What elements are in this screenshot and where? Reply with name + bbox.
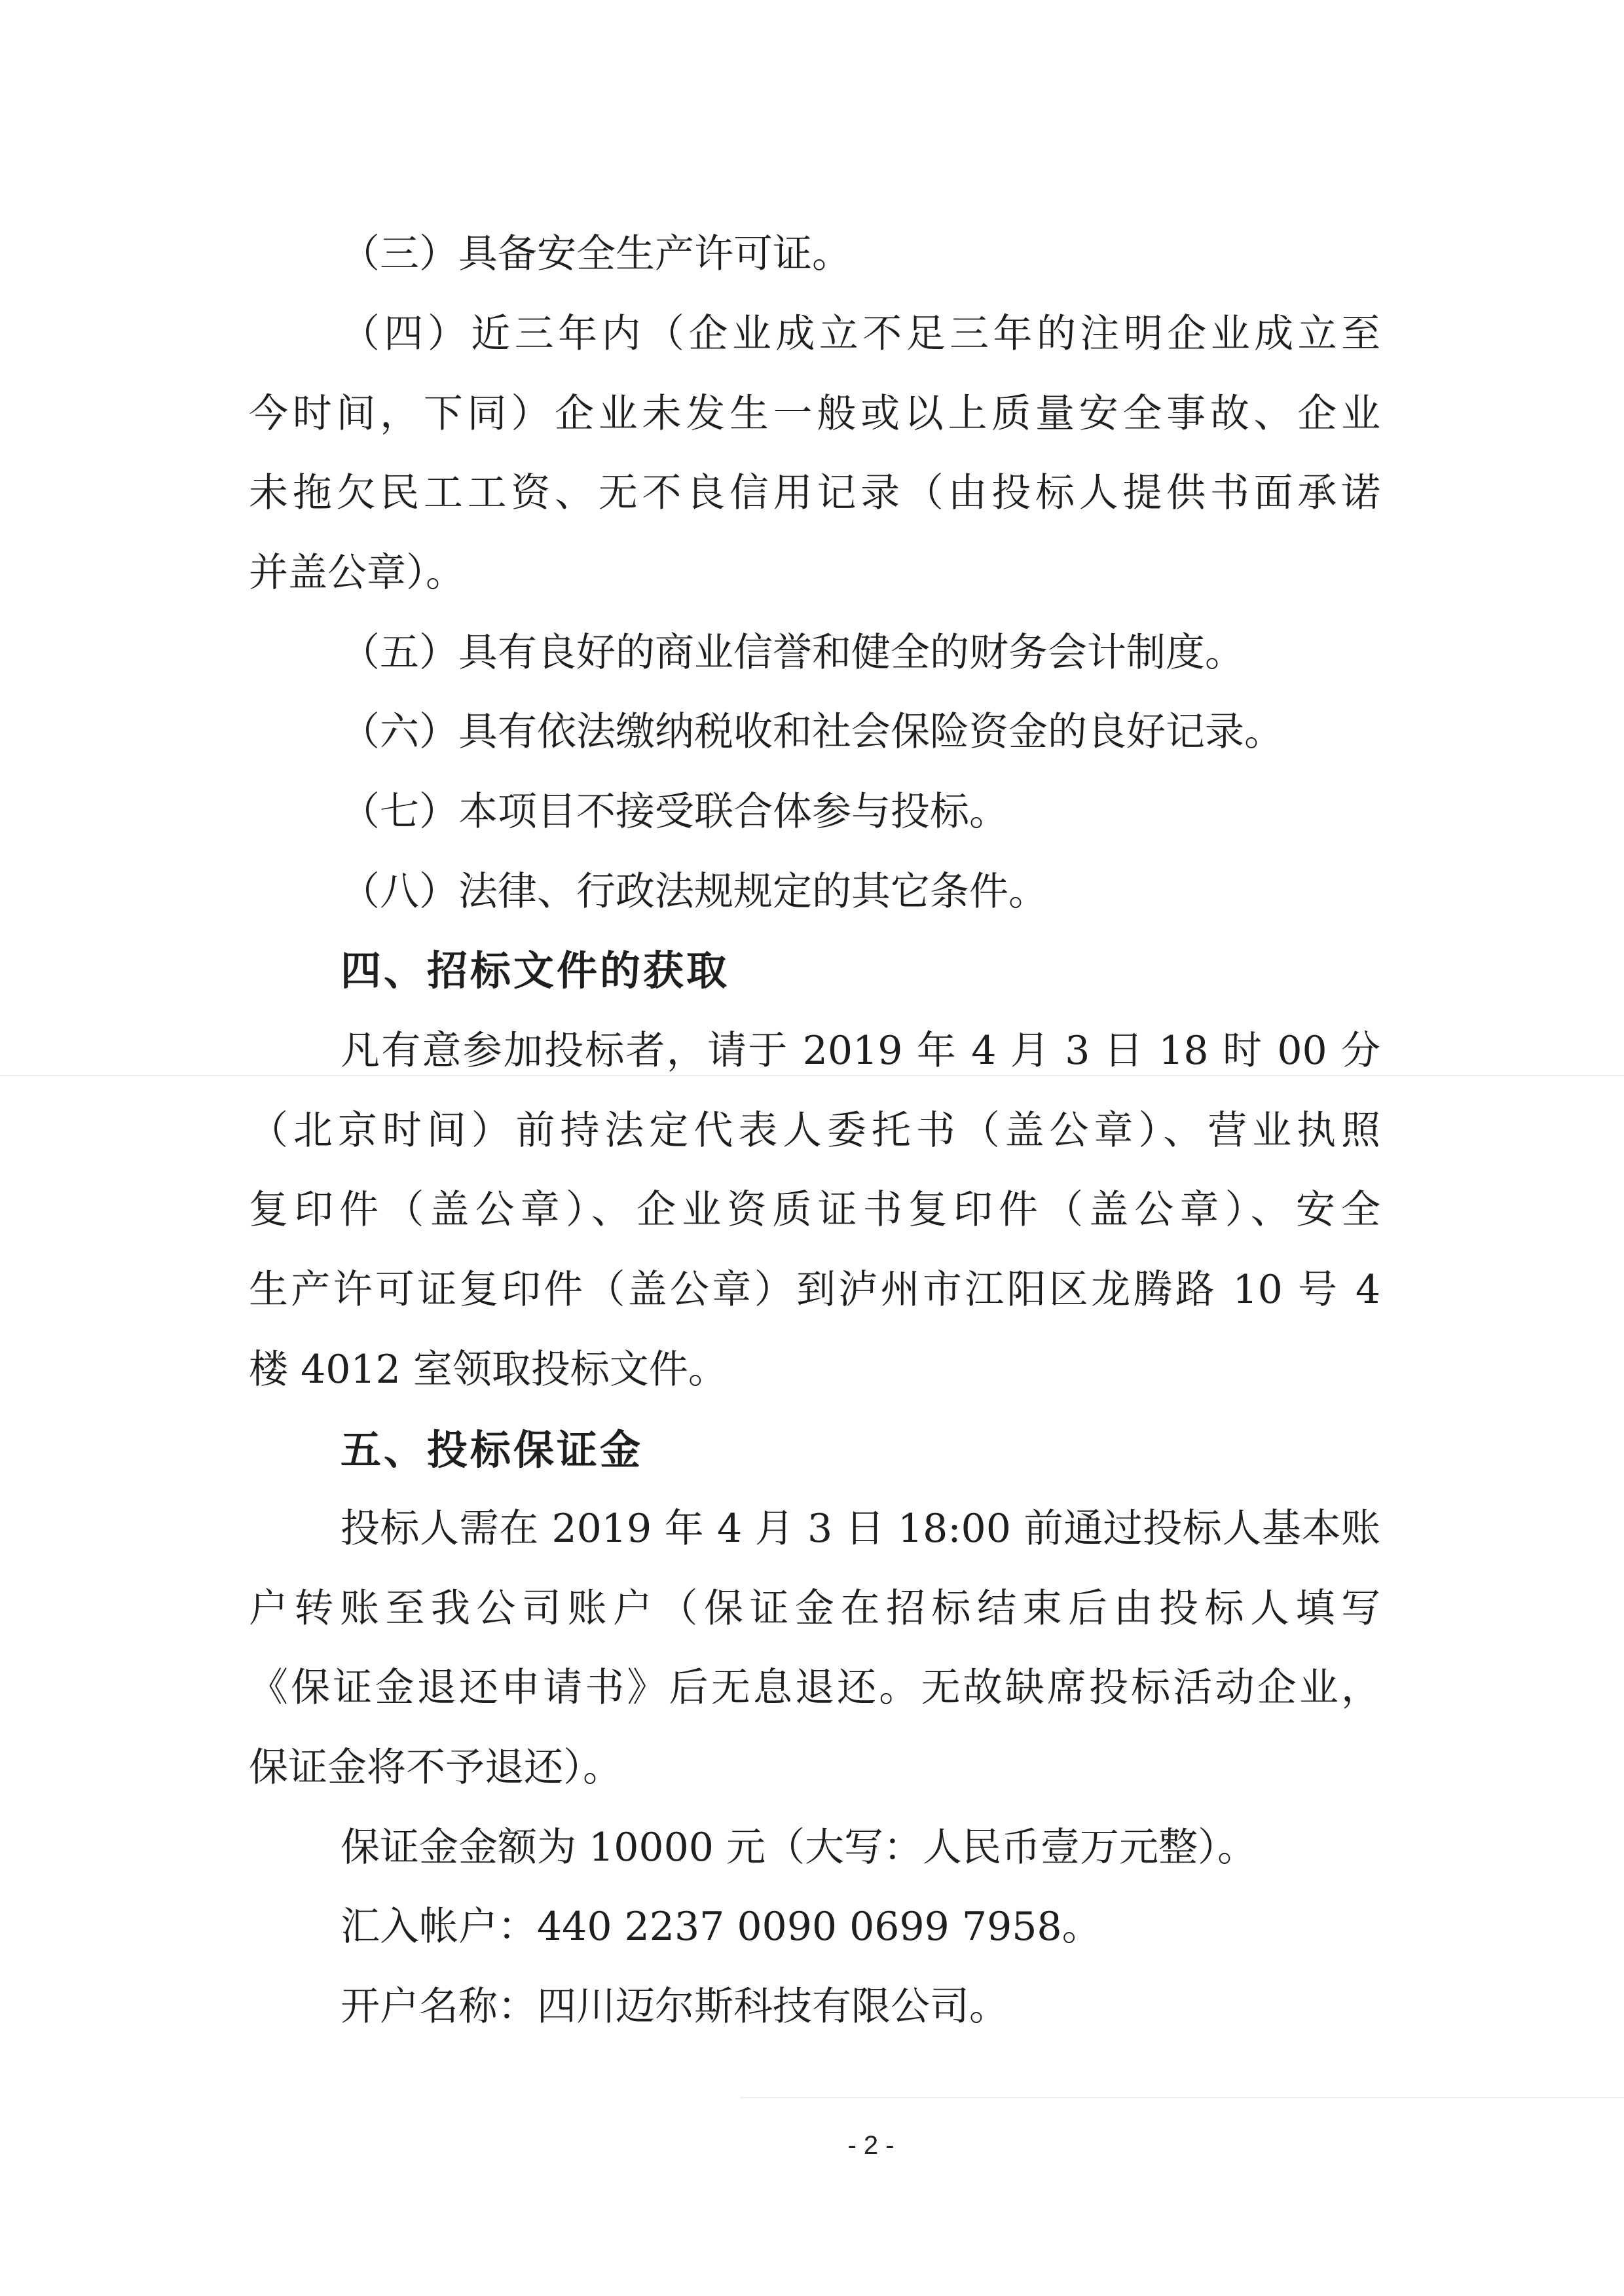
deposit-account-number: 汇入帐户：440 2237 0090 0699 7958。 [341, 1901, 1380, 1953]
clause-4-line-2: 今时间，下同）企业未发生一般或以上质量安全事故、企业 [249, 388, 1380, 440]
clause-4-line-1: （四）近三年内（企业成立不足三年的注明企业成立至 [341, 308, 1380, 360]
section-5-line-1: 投标人需在 2019 年 4 月 3 日 18:00 前通过投标人基本账 [341, 1503, 1380, 1555]
clause-4-line-4: 并盖公章）。 [249, 547, 1380, 599]
clause-5-credit: （五）具有良好的商业信誉和健全的财务会计制度。 [341, 627, 1380, 679]
section-4-line-1: 凡有意参加投标者，请于 2019 年 4 月 3 日 18 时 00 分 [341, 1025, 1380, 1077]
clause-3-safety-license: （三）具备安全生产许可证。 [341, 228, 1380, 280]
section-4-line-5: 楼 4012 室领取投标文件。 [249, 1343, 1380, 1396]
section-4-line-2: （北京时间）前持法定代表人委托书（盖公章）、营业执照 [249, 1104, 1380, 1157]
section-5-line-4: 保证金将不予退还）。 [249, 1741, 1380, 1794]
clause-7-consortium: （七）本项目不接受联合体参与投标。 [341, 786, 1380, 838]
section-5-line-2: 户转账至我公司账户（保证金在招标结束后由投标人填写 [249, 1582, 1380, 1635]
page-number: - 2 - [786, 2131, 956, 2160]
section-4-line-3: 复印件（盖公章）、企业资质证书复印件（盖公章）、安全 [249, 1184, 1380, 1236]
section-5-line-3: 《保证金退还申请书》后无息退还。无故缺席投标活动企业， [249, 1662, 1380, 1714]
clause-6-tax: （六）具有依法缴纳税收和社会保险资金的良好记录。 [341, 706, 1380, 758]
clause-4-line-3: 未拖欠民工工资、无不良信用记录（由投标人提供书面承诺 [249, 467, 1380, 519]
clause-8-other: （八）法律、行政法规规定的其它条件。 [341, 866, 1380, 918]
section-4-heading: 四、招标文件的获取 [341, 945, 1380, 997]
deposit-account-name: 开户名称：四川迈尔斯科技有限公司。 [341, 1980, 1380, 2033]
scan-artifact-line [740, 2097, 1624, 2098]
section-4-line-4: 生产许可证复印件（盖公章）到泸州市江阳区龙腾路 10 号 4 [249, 1264, 1380, 1316]
document-page: （三）具备安全生产许可证。 （四）近三年内（企业成立不足三年的注明企业成立至 今… [0, 0, 1624, 2296]
deposit-amount: 保证金金额为 10000 元（大写：人民币壹万元整）。 [341, 1821, 1380, 1874]
section-5-heading: 五、投标保证金 [341, 1424, 1380, 1476]
